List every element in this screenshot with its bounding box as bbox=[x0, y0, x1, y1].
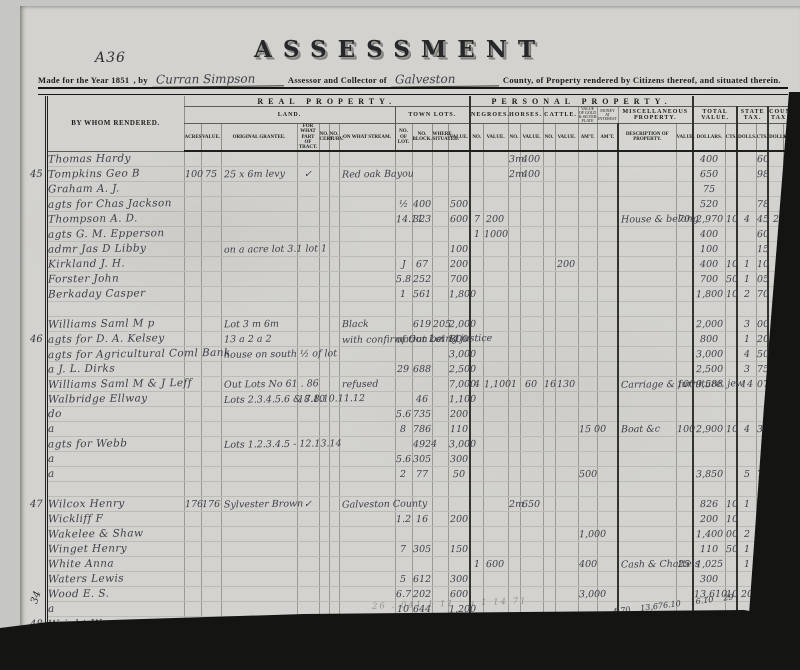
made-for-label: Made for the Year 1851 bbox=[38, 75, 129, 85]
col-money-amt: AM'T. bbox=[597, 124, 618, 152]
table-row: 47Wilcox Henry176176Sylvester Brown✓Galv… bbox=[28, 497, 788, 512]
group-plate: VALUE OF GOLD & SILVER PLATE bbox=[578, 107, 597, 124]
group-misc: MISCELLANEOUS PROPERTY. bbox=[618, 107, 693, 124]
table-row: agts for Chas Jackson½40050052078 bbox=[28, 197, 788, 212]
assessment-table: BY WHOM RENDERED. REAL PROPERTY. PERSONA… bbox=[28, 96, 788, 662]
col-stream: ON WHAT STREAM. bbox=[339, 124, 395, 152]
table-row: Thomas Hardy3m40040060 bbox=[28, 151, 788, 167]
table-row: a277505003,8505772 bbox=[28, 467, 788, 482]
col-negroes-value: VALUE. bbox=[483, 124, 508, 152]
group-negroes: NEGROES. bbox=[470, 107, 508, 124]
table-row: a J. L. Dirks296882,5002,5003751 bbox=[28, 362, 788, 377]
table-row: Graham A. J.75 bbox=[28, 182, 788, 197]
col-cattle-value: VALUE. bbox=[555, 124, 578, 152]
col-block: NO. BLOCK. bbox=[412, 124, 432, 152]
county-name-handwritten: Galveston bbox=[391, 71, 499, 87]
col-horses-value: VALUE. bbox=[520, 124, 543, 152]
group-money: MONEY AT INTEREST bbox=[597, 107, 618, 124]
col-part: FOR WHAT PART OF TRACT. bbox=[297, 124, 319, 152]
table-row bbox=[28, 302, 788, 317]
grand-total-value: 29 bbox=[723, 592, 734, 602]
table-row: a878611015 00Boat &c1002,900104352 bbox=[28, 422, 788, 437]
col-land-value: VALUE. bbox=[201, 124, 221, 152]
table-row: Forster John5.825270070050105 bbox=[28, 272, 788, 287]
table-row: Thompson A. D.14.113236007200House & bel… bbox=[28, 212, 788, 227]
table-row: Winget Henry730515011050120 bbox=[28, 542, 788, 557]
col-town-value: VALUE. bbox=[448, 124, 470, 152]
group-state-tax: STATE TAX. bbox=[737, 107, 768, 124]
table-header: BY WHOM RENDERED. REAL PROPERTY. PERSONA… bbox=[28, 96, 788, 151]
table-row: Williams Saml M & J LeffOut Lots No 61 .… bbox=[28, 377, 788, 392]
table-row: agts for Agricultural Coml Bankhouse on … bbox=[28, 347, 788, 362]
assessor-name-handwritten: Curran Simpson bbox=[152, 71, 284, 87]
col-cattle-no: NO. bbox=[543, 124, 555, 152]
section-taxes-spacer bbox=[693, 96, 788, 107]
subtitle-tail: County, of Property rendered by Citizens… bbox=[503, 75, 781, 85]
col-misc-desc: DESCRIPTION OF PROPERTY. bbox=[618, 124, 676, 152]
table-row: agts for WebbLots 1.2.3.4.5 - 12.13.1449… bbox=[28, 437, 788, 452]
col-total-dollars: DOLLARS. bbox=[693, 124, 725, 152]
document-title: ASSESSMENT bbox=[0, 36, 800, 63]
table-row bbox=[28, 482, 788, 497]
col-state-cts: CTS. bbox=[756, 124, 768, 152]
table-row: Wickliff F1.2162002001030 bbox=[28, 512, 788, 527]
group-horses: HORSES. bbox=[508, 107, 543, 124]
section-personal-property: PERSONAL PROPERTY. bbox=[470, 96, 693, 107]
table-row: agts G. M. Epperson1100040060 bbox=[28, 227, 788, 242]
table-row: admr Jas D Libbyon a acre lot 3.1 lot 11… bbox=[28, 242, 788, 257]
table-row: Wakelee & Shaw1,0001,40000210 bbox=[28, 527, 788, 542]
group-town-lots: TOWN LOTS. bbox=[395, 107, 470, 124]
table-row: do5.6735200 bbox=[28, 407, 788, 422]
col-where: WHERE SITUATED. bbox=[432, 124, 448, 152]
table-row: Berkaday Casper15611,8001,80010270 bbox=[28, 287, 788, 302]
col-total-cts: CTS. bbox=[725, 124, 737, 152]
table-row: Williams Saml M pLot 3 m 6mBlack6192052,… bbox=[28, 317, 788, 332]
form-subtitle: Made for the Year 1851 , by Curran Simps… bbox=[38, 72, 780, 87]
col-plate-amt: AM'T. bbox=[578, 124, 597, 152]
col-county-dolls: DOLLS. bbox=[768, 124, 783, 152]
col-misc-value: VALUE. bbox=[676, 124, 693, 152]
table-body: Thomas Hardy3m4004006045Tompkins Geo B10… bbox=[28, 151, 788, 662]
table-row: Waters Lewis561230030045 bbox=[28, 572, 788, 587]
col-horses-no: NO. bbox=[508, 124, 520, 152]
collector-label: Assessor and Collector of bbox=[288, 75, 387, 85]
table-row: White Anna1600400Cash & Chattels251,0251… bbox=[28, 557, 788, 572]
table-row: 46agts for D. A. Kelsey13 a 2 a 2with co… bbox=[28, 332, 788, 347]
col-negroes-no: NO. bbox=[470, 124, 483, 152]
col-surv: NO. SURV. bbox=[329, 124, 339, 152]
section-real-property: REAL PROPERTY. bbox=[184, 96, 470, 107]
group-county-tax: COUNTY TAX bbox=[768, 107, 788, 124]
group-total-value: TOTAL VALUE. bbox=[693, 107, 737, 124]
table-row: Walbridge EllwayLots 2.3.4.5.6 & 7.8.10.… bbox=[28, 392, 788, 407]
group-land: LAND. bbox=[184, 107, 395, 124]
col-grantee: ORIGINAL GRANTEE. bbox=[221, 124, 297, 152]
col-by-whom: BY WHOM RENDERED. bbox=[46, 96, 184, 151]
col-acres: ACRES bbox=[184, 124, 201, 152]
table-row: Kirkland J. H.J6720020040010110 bbox=[28, 257, 788, 272]
group-cattle: CATTLE. bbox=[543, 107, 578, 124]
col-state-dolls: DOLLS. bbox=[737, 124, 756, 152]
col-lot: NO. OF LOT. bbox=[395, 124, 412, 152]
col-cert: NO. CERT. bbox=[319, 124, 329, 152]
double-rule bbox=[38, 87, 788, 95]
by-label: , by bbox=[133, 75, 147, 85]
table-row: a5.6305300 bbox=[28, 452, 788, 467]
table-row: 45Tompkins Geo B1007525 x 6m levy✓Red oa… bbox=[28, 167, 788, 182]
